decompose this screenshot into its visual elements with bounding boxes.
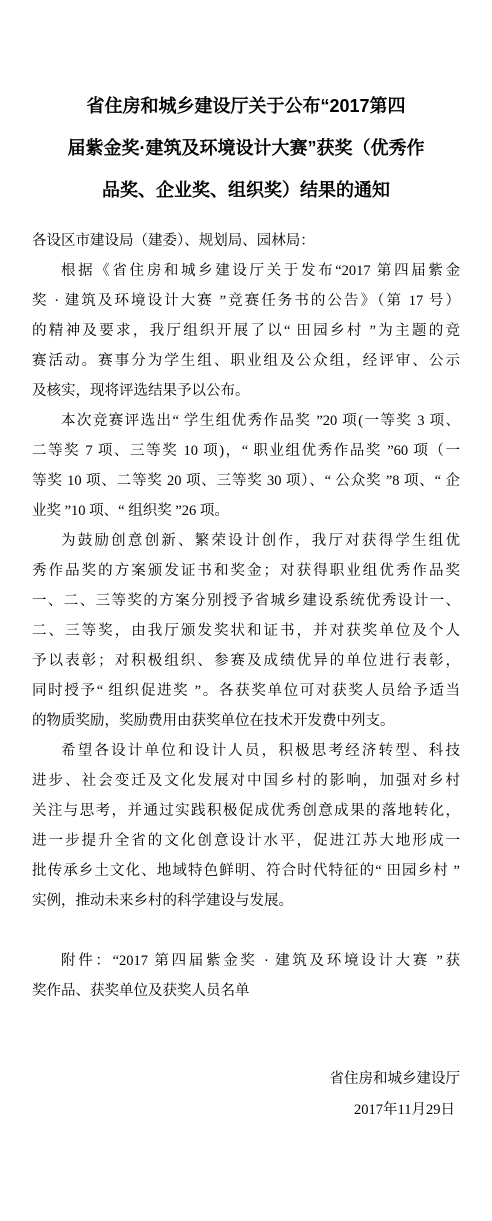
text-line: 本次竞赛评选出“ 学生组优秀作品奖 ”20 项(一等奖 3 项、	[32, 406, 460, 436]
text-line: 一、二、三等奖的方案分别授予省城乡建设系统优秀设计一、	[32, 586, 460, 616]
text-line: 进步、社会变迁及文化发展对中国乡村的影响，加强对乡村	[32, 766, 460, 796]
text-line: 希望各设计单位和设计人员，积极思考经济转型、科技	[32, 736, 460, 766]
text-line: 二、三等奖，由我厅颁发奖状和证书，并对获奖单位及个人	[32, 616, 460, 646]
text-line: 的物质奖励，奖励费用由获奖单位在技术开发费中列支。	[32, 706, 460, 736]
signature-org: 省住房和城乡建设厅	[32, 1064, 460, 1095]
text-line: 二等奖 7 项、三等奖 10 项)，“ 职业组优秀作品奖 ”60 项（一	[32, 436, 460, 466]
text-line: 的精神及要求，我厅组织开展了以“ 田园乡村 ”为主题的竞	[32, 316, 460, 346]
text-line: 关注与思考，并通过实践积极促成优秀创意成果的落地转化，	[32, 796, 460, 826]
text-line: 进一步提升全省的文化创意设计水平，促进江苏大地形成一	[32, 826, 460, 856]
signature-date: 2017年11月29日	[32, 1095, 460, 1126]
text-line: 予以表彰；对积极组织、参赛及成绩优异的单位进行表彰，	[32, 646, 460, 676]
notice-title-line: 届紫金奖·建筑及环境设计大赛”获奖（优秀作	[32, 127, 460, 169]
text-line: 秀作品奖的方案颁发证书和奖金；对获得职业组优秀作品奖	[32, 556, 460, 586]
notice-title: 省住房和城乡建设厅关于公布“2017第四 届紫金奖·建筑及环境设计大赛”获奖（优…	[32, 85, 460, 211]
paragraph-basis: 根据《省住房和城乡建设厅关于发布“2017 第四届紫金 奖 · 建筑及环境设计大…	[32, 256, 460, 406]
text-line: 奖 · 建筑及环境设计大赛 ”竞赛任务书的公告》（第 17 号）	[32, 286, 460, 316]
paragraph-hope: 希望各设计单位和设计人员，积极思考经济转型、科技 进步、社会变迁及文化发展对中国…	[32, 736, 460, 916]
text-line: 及核实，现将评选结果予以公布。	[32, 376, 460, 406]
notice-body: 各设区市建设局（建委）、规划局、园林局： 根据《省住房和城乡建设厅关于发布“20…	[32, 226, 460, 1006]
text-line: 业奖 ”10 项、“ 组织奖 ”26 项。	[32, 496, 460, 526]
signature-block: 省住房和城乡建设厅 2017年11月29日	[32, 1064, 460, 1126]
text-line: 赛活动。赛事分为学生组、职业组及公众组，经评审、公示	[32, 346, 460, 376]
text-line: 等奖 10 项、二等奖 20 项、三等奖 30 项）、“ 公众奖 ”8 项、“ …	[32, 466, 460, 496]
paragraph-results: 本次竞赛评选出“ 学生组优秀作品奖 ”20 项(一等奖 3 项、 二等奖 7 项…	[32, 406, 460, 526]
paragraph-rewards: 为鼓励创意创新、繁荣设计创作，我厅对获得学生组优 秀作品奖的方案颁发证书和奖金；…	[32, 526, 460, 736]
text-line: 根据《省住房和城乡建设厅关于发布“2017 第四届紫金	[32, 256, 460, 286]
text-line: 奖作品、获奖单位及获奖人员名单	[32, 976, 460, 1006]
notice-title-line: 品奖、企业奖、组织奖）结果的通知	[32, 169, 460, 211]
text-line: 为鼓励创意创新、繁荣设计创作，我厅对获得学生组优	[32, 526, 460, 556]
text-line: 同时授予“ 组织促进奖 ”。各获奖单位可对获奖人员给予适当	[32, 676, 460, 706]
notice-title-line: 省住房和城乡建设厅关于公布“2017第四	[32, 85, 460, 127]
notice-document-page: 省住房和城乡建设厅关于公布“2017第四 届紫金奖·建筑及环境设计大赛”获奖（优…	[0, 0, 492, 1221]
text-line: 实例，推动未来乡村的科学建设与发展。	[32, 886, 460, 916]
text-line: 批传承乡土文化、地域特色鲜明、符合时代特征的“ 田园乡村 ”	[32, 856, 460, 886]
text-line: 附件：“2017 第四届紫金奖 · 建筑及环境设计大赛 ”获	[32, 946, 460, 976]
salutation-line: 各设区市建设局（建委）、规划局、园林局：	[32, 226, 460, 256]
attachment-note: 附件：“2017 第四届紫金奖 · 建筑及环境设计大赛 ”获 奖作品、获奖单位及…	[32, 946, 460, 1006]
